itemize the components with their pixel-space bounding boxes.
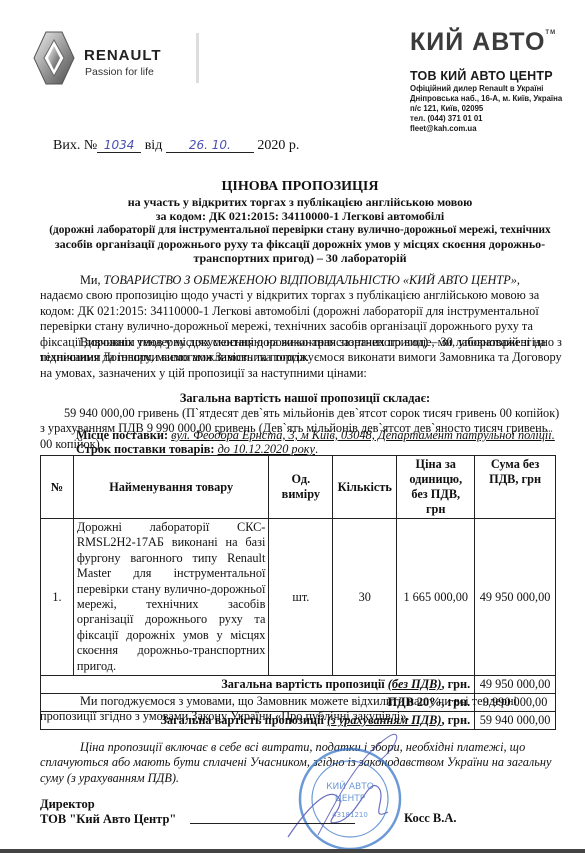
signer-position: Директор: [40, 797, 176, 812]
renault-brand: RENAULT: [84, 47, 162, 64]
signature-block: Директор ТОВ "Кий Авто Центр": [40, 797, 176, 827]
renault-tagline: Passion for life: [85, 66, 154, 78]
title-line: транспортних пригод) – 30 лабораторій: [40, 251, 560, 265]
title-line: за кодом: ДК 021:2015: 34110000-1 Легков…: [40, 209, 560, 223]
table-header-row: № Найменування товару Од. виміру Кількіс…: [41, 456, 556, 519]
document-title: ЦІНОВА ПРОПОЗИЦІЯ на участь у відкритих …: [40, 178, 560, 265]
row-qty: 30: [333, 519, 397, 676]
dealer-contact: ТОВ КИЙ АВТО ЦЕНТР Офіційний дилер Renau…: [410, 68, 562, 134]
col-no: №: [41, 456, 74, 519]
company-name: ТОВАРИСТВО З ОБМЕЖЕНОЮ ВІДПОВІДАЛЬНІСТЮ …: [104, 273, 517, 287]
renault-logo-icon: [32, 30, 76, 86]
row-unit: шт.: [269, 519, 333, 676]
svg-text:КИЙ АВТО: КИЙ АВТО: [326, 780, 374, 792]
col-sum: Сума без ПДВ, грн: [475, 456, 556, 519]
signer-company: ТОВ "Кий Авто Центр": [40, 812, 176, 827]
col-price: Ціна за одиницю, без ПДВ, грн: [397, 456, 475, 519]
row-price: 1 665 000,00: [397, 519, 475, 676]
title-main: ЦІНОВА ПРОПОЗИЦІЯ: [40, 178, 560, 195]
col-name: Найменування товару: [73, 456, 268, 519]
row-name: Дорожні лабораторії СКС-RMSL2H2-17АБ вик…: [73, 519, 268, 676]
outgoing-reference: Вих. №1034 від 26. 10. 2020 р.: [53, 138, 299, 154]
ref-date: 26. 10.: [166, 138, 254, 153]
signer-name: Косс В.А.: [404, 811, 457, 826]
agreement-paragraph: Ми погоджуємося з умовами, що Замовник м…: [40, 694, 562, 725]
title-line: на участь у відкритих торгах з публікаці…: [40, 195, 560, 209]
total-without-vat-row: Загальна вартість пропозиції (без ПДВ), …: [41, 676, 556, 694]
ref-number: 1034: [97, 138, 141, 153]
delivery-place: Місце поставки: вул. Феодора Ернста, 3, …: [76, 428, 555, 443]
table-row: 1. Дорожні лабораторії СКС-RMSL2H2-17АБ …: [41, 519, 556, 676]
title-line: засобів організації дорожнього руху та ф…: [40, 237, 560, 251]
header-divider: [196, 33, 199, 83]
col-qty: Кількість: [333, 456, 397, 519]
title-line: (дорожні лабораторії для інструментально…: [40, 223, 560, 237]
col-unit: Од. виміру: [269, 456, 333, 519]
company-stamp-icon: КИЙ АВТО ЦЕНТР 43181210: [278, 727, 413, 852]
dealer-company: ТОВ КИЙ АВТО ЦЕНТР: [410, 68, 562, 84]
dealer-address: Дніпровська наб., 16-А, м. Київ, Україна: [410, 94, 562, 104]
signature-line: [190, 823, 355, 824]
row-no: 1.: [41, 519, 74, 676]
price-table: № Найменування товару Од. виміру Кількіс…: [40, 455, 556, 730]
total-without-vat: 49 950 000,00: [475, 676, 556, 694]
dealer-po-box: п/с 121, Київ, 02095: [410, 104, 562, 114]
dealer-line: Офіційний дилер Renault в Україні: [410, 84, 562, 94]
dealer-email[interactable]: fleet@kah.com.ua: [410, 124, 562, 134]
kyi-avto-logo: КИЙ АВТОTM: [410, 30, 556, 55]
dealer-phone: тел. (044) 371 01 01: [410, 114, 562, 124]
page-bottom-border: [0, 849, 585, 853]
summary-title: Загальна вартість нашої пропозиції склад…: [40, 391, 560, 406]
tender-paragraph: Вивчивши тендерну документацію на викона…: [40, 335, 562, 381]
row-sum: 49 950 000,00: [475, 519, 556, 676]
